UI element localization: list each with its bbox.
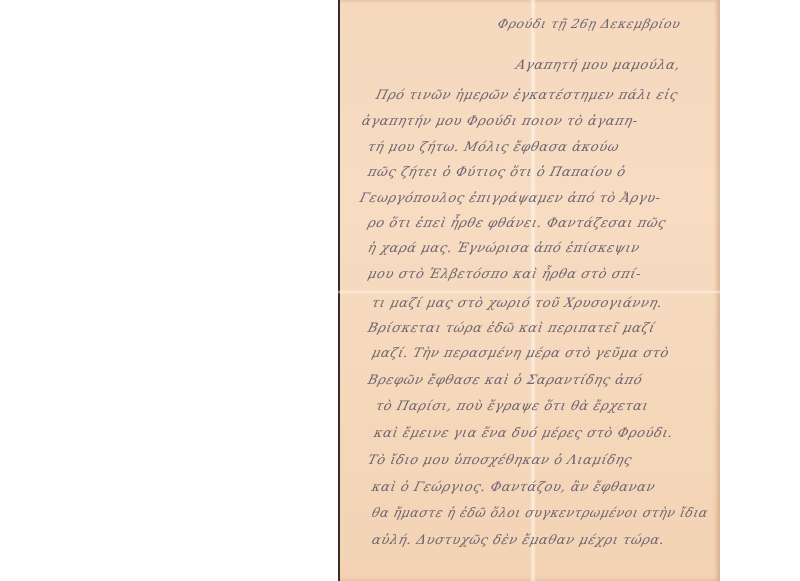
letter-body-line: ἡ χαρά μας. Ἐγνώρισα ἀπό ἐπίσκεψιν bbox=[366, 241, 641, 256]
letter-body-line: καὶ ἔμεινε για ἕνα δυό μέρες στὸ Φρούδι. bbox=[372, 426, 675, 441]
letter-body-line: Βρεφῶν ἔφθασε καὶ ὁ Σαραντίδης ἀπό bbox=[366, 373, 644, 388]
letter-body-line: πῶς ζήτει ὁ Φύτιος ὅτι ὁ Παπαίου ὁ bbox=[366, 165, 627, 180]
paper-fold-horizontal bbox=[338, 290, 720, 294]
letter-body-line: Πρό τινῶν ἡμερῶν ἐγκατέστημεν πάλι εἰς bbox=[374, 88, 679, 103]
letter-date-line: Φρούδι τῇ 26ῃ Δεκεμβρίου bbox=[496, 16, 682, 31]
letter-body-line: ἀγαπητήν μου Φρούδι ποιον τὸ ἀγαπη- bbox=[360, 114, 639, 129]
letter-body-line: θα ἤμαστε ἡ ἐδῶ ὅλοι συγκεντρωμένοι στὴν… bbox=[370, 506, 710, 521]
letter-body-line: τή μου ζήτω. Μόλις ἔφθασα ἀκούω bbox=[366, 140, 621, 155]
letter-body-line: Γεωργόπουλος ἐπιγράψαμεν ἀπό τὸ Ἀργυ- bbox=[358, 191, 662, 206]
letter-body-line: Τὸ ἴδιο μου ὑποσχέθηκαν ὁ Λιαμίδης bbox=[366, 453, 634, 468]
letter-body-line: ρο ὅτι ἐπεὶ ἦρθε φθάνει. Φαντάζεσαι πῶς bbox=[366, 216, 668, 231]
letter-body-line: καὶ ὁ Γεώργιος. Φαντάζου, ἂν ἔφθαναν bbox=[370, 480, 657, 495]
letter-body-line: τὸ Παρίσι, ποὺ ἔγραψε ὅτι θὰ ἔρχεται bbox=[374, 399, 650, 414]
letter-salutation: Αγαπητή μου μαμούλα, bbox=[514, 58, 682, 73]
letter-body-line: Βρίσκεται τώρα ἐδῶ καὶ περιπατεῖ μαζί bbox=[366, 321, 657, 336]
letter-body-line: μου στὸ Ἑλβετόσπο καὶ ἦρθα στὸ σπί- bbox=[366, 267, 643, 282]
letter-paper: Φρούδι τῇ 26ῃ Δεκεμβρίου Αγαπητή μου μαμ… bbox=[338, 0, 720, 581]
letter-body-line: αὐλή. Δυστυχῶς δὲν ἔμαθαν μέχρι τώρα. bbox=[370, 533, 666, 548]
letter-body-line: μαζί. Τὴν περασμένη μέρα στὸ γεῦμα στὸ bbox=[370, 346, 671, 361]
scan-canvas: Φρούδι τῇ 26ῃ Δεκεμβρίου Αγαπητή μου μαμ… bbox=[0, 0, 800, 581]
letter-body-line: τι μαζί μας στὸ χωριό τοῦ Χρυσογιάννη. bbox=[370, 296, 664, 311]
